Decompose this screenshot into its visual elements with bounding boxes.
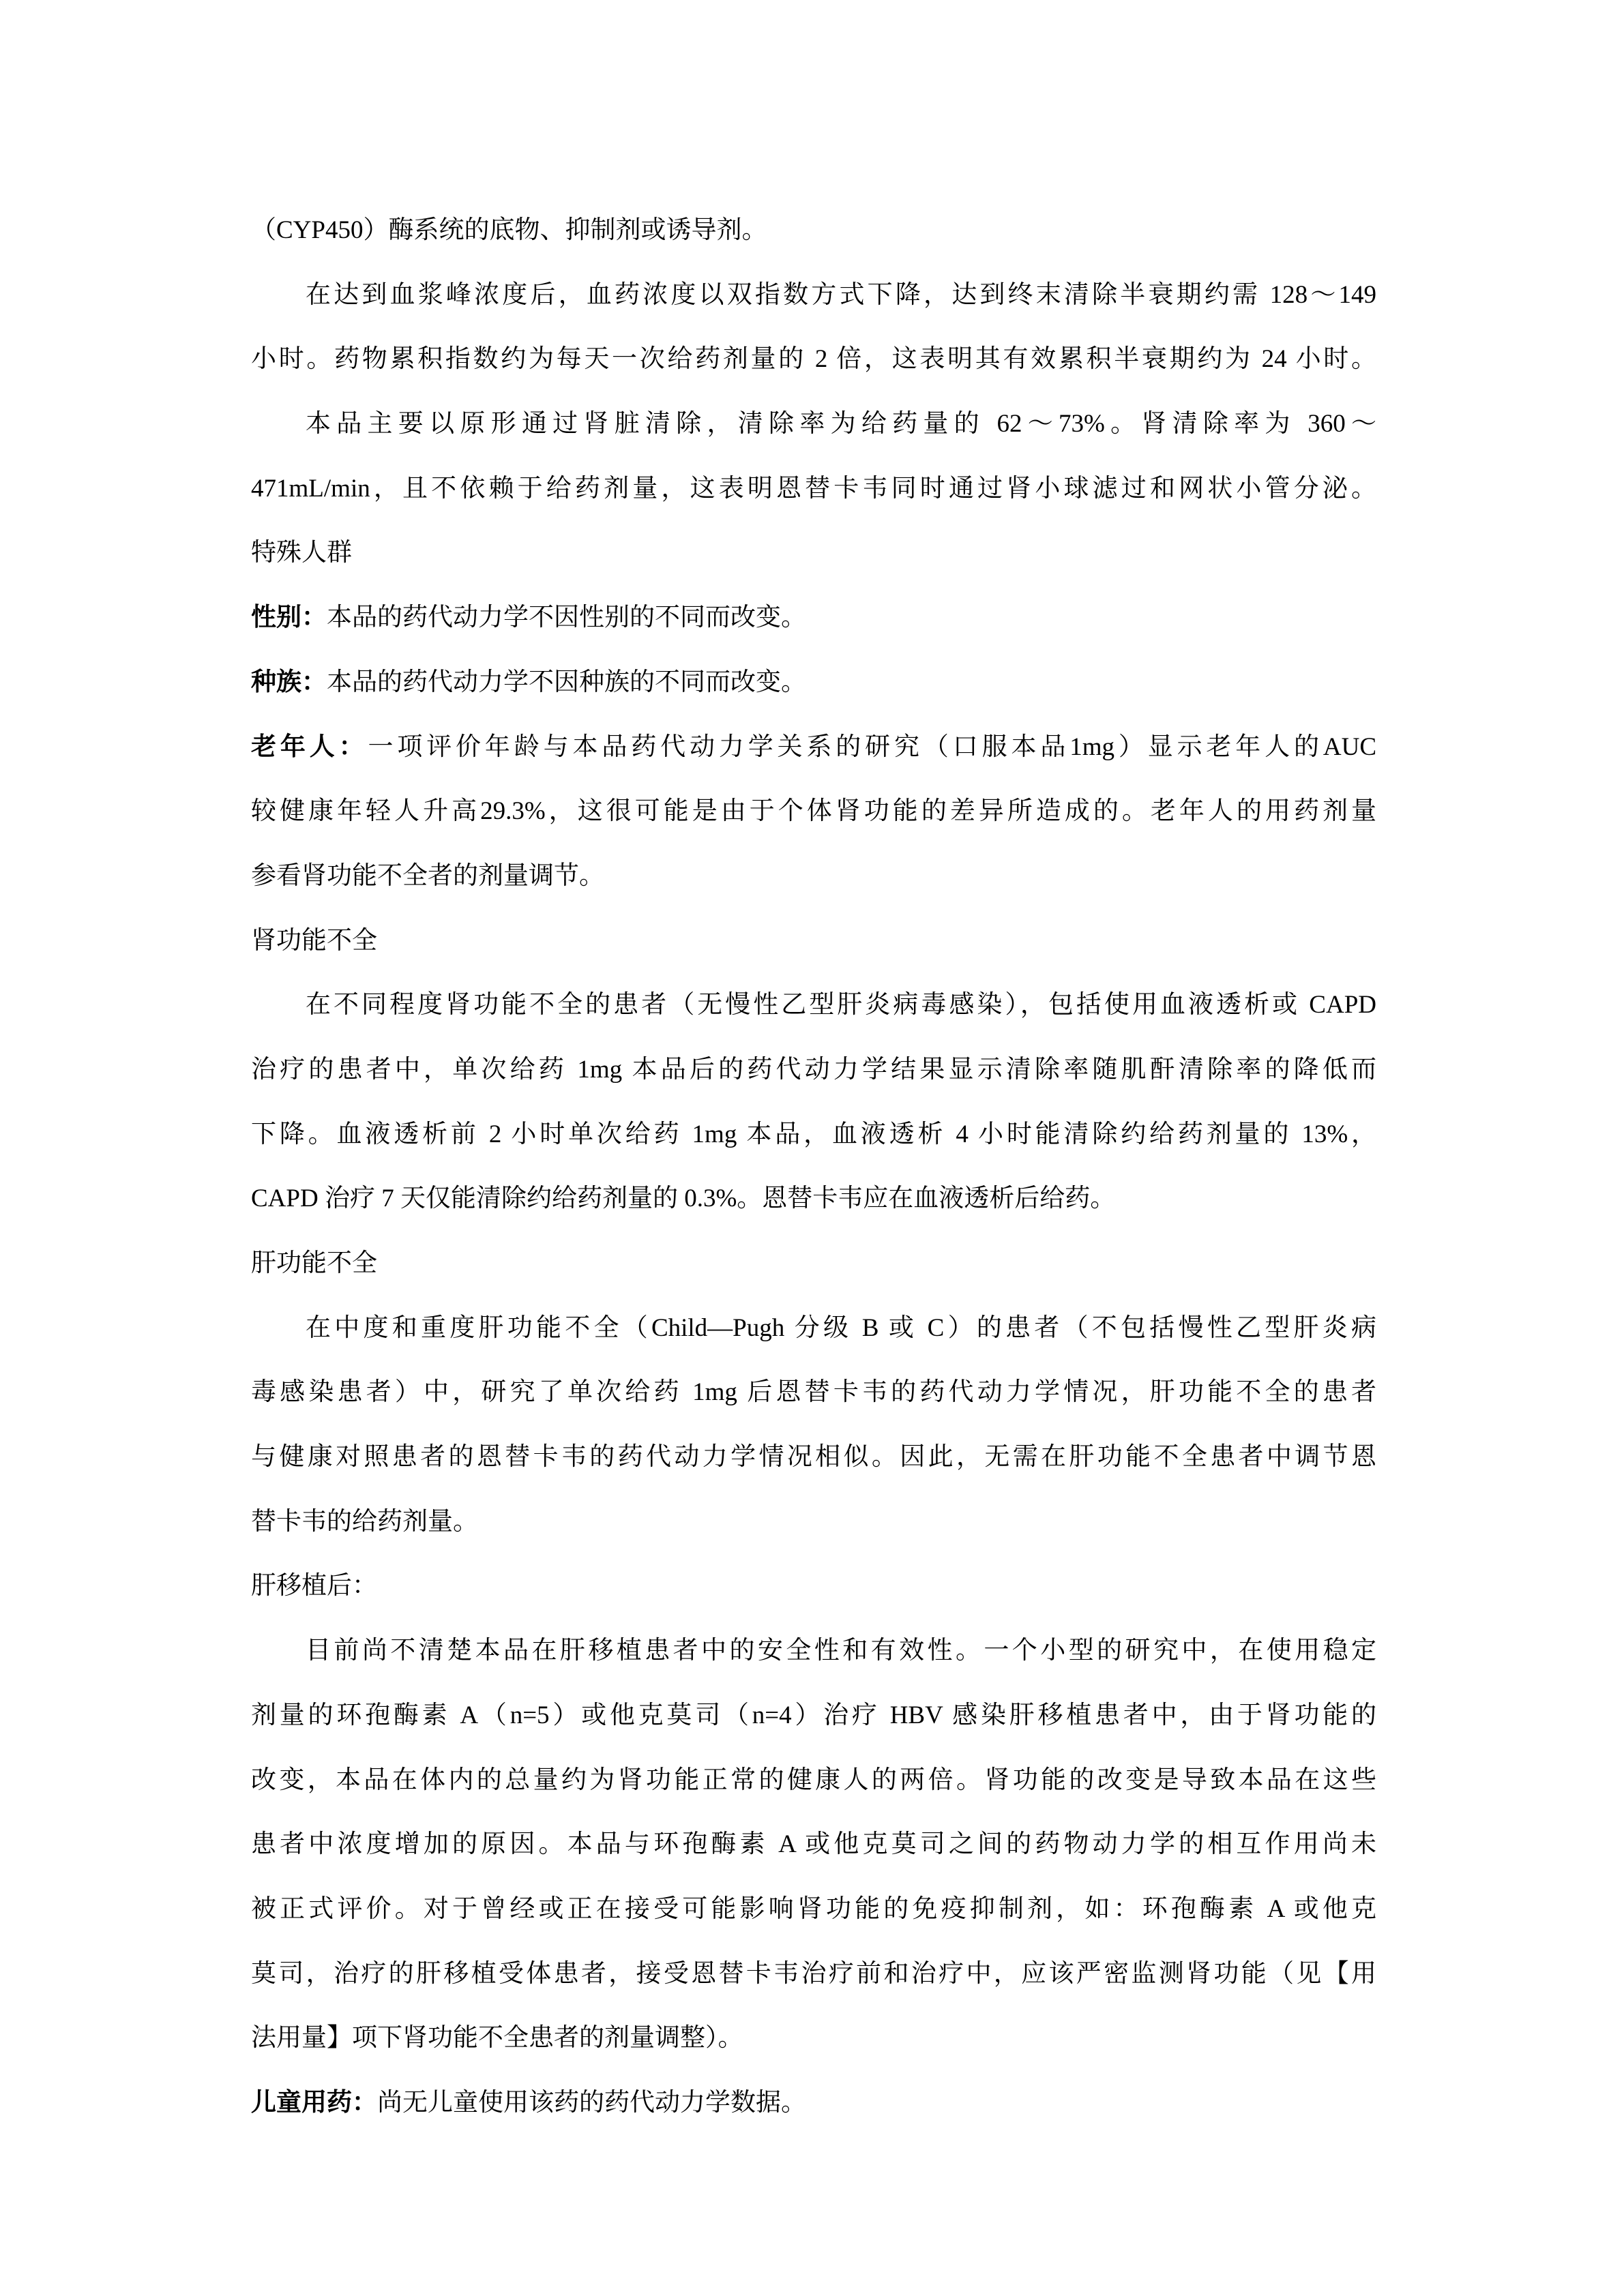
elderly-text-line-1: 一项评价年龄与本品药代动力学关系的研究（口服本品1mg）显示老年人的AUC bbox=[368, 733, 1376, 761]
pediatric-text: 尚无儿童使用该药的药代动力学数据。 bbox=[377, 2089, 806, 2117]
gender-label: 性别： bbox=[251, 603, 327, 631]
section-heading-special-populations: 特殊人群 bbox=[251, 521, 1376, 586]
hepatic-impairment-line-4: 替卡韦的给药剂量。 bbox=[251, 1490, 1376, 1555]
renal-impairment-line-1: 在不同程度肾功能不全的患者（无慢性乙型肝炎病毒感染），包括使用血液透析或 CAP… bbox=[251, 973, 1376, 1038]
paragraph-renal-clearance-line-2: 471mL/min，且不依赖于给药剂量，这表明恩替卡韦同时通过肾小球滤过和网状小… bbox=[251, 457, 1376, 522]
race-entry: 种族：本品的药代动力学不因种族的不同而改变。 bbox=[251, 651, 1376, 715]
race-label: 种族： bbox=[251, 668, 327, 696]
liver-transplant-line-5: 被正式评价。对于曾经或正在接受可能影响肾功能的免疫抑制剂，如：环孢酶素 A 或他… bbox=[251, 1877, 1376, 1942]
liver-transplant-line-3: 改变，本品在体内的总量约为肾功能正常的健康人的两倍。肾功能的改变是导致本品在这些 bbox=[251, 1748, 1376, 1813]
paragraph-half-life-line-2: 小时。药物累积指数约为每天一次给药剂量的 2 倍，这表明其有效累积半衰期约为 2… bbox=[251, 327, 1376, 392]
section-heading-liver-transplant: 肝移植后： bbox=[251, 1554, 1376, 1619]
elderly-text-line-3: 参看肾功能不全者的剂量调节。 bbox=[251, 844, 1376, 909]
elderly-entry-line-1: 老年人：一项评价年龄与本品药代动力学关系的研究（口服本品1mg）显示老年人的AU… bbox=[251, 715, 1376, 780]
liver-transplant-line-2: 剂量的环孢酶素 A（n=5）或他克莫司（n=4）治疗 HBV 感染肝移植患者中，… bbox=[251, 1684, 1376, 1748]
gender-entry: 性别：本品的药代动力学不因性别的不同而改变。 bbox=[251, 586, 1376, 651]
paragraph-renal-clearance-line-1: 本品主要以原形通过肾脏清除，清除率为给药量的 62～73%。肾清除率为 360～ bbox=[251, 392, 1376, 457]
pediatric-entry: 儿童用药：尚无儿童使用该药的药代动力学数据。 bbox=[251, 2071, 1376, 2136]
gender-text: 本品的药代动力学不因性别的不同而改变。 bbox=[327, 603, 806, 631]
liver-transplant-line-4: 患者中浓度增加的原因。本品与环孢酶素 A 或他克莫司之间的药物动力学的相互作用尚… bbox=[251, 1813, 1376, 1877]
elderly-text-line-2: 较健康年轻人升高29.3%，这很可能是由于个体肾功能的差异所造成的。老年人的用药… bbox=[251, 779, 1376, 844]
liver-transplant-line-6: 莫司，治疗的肝移植受体患者，接受恩替卡韦治疗前和治疗中，应该严密监测肾功能（见【… bbox=[251, 1942, 1376, 2007]
race-text: 本品的药代动力学不因种族的不同而改变。 bbox=[327, 668, 806, 696]
hepatic-impairment-line-1: 在中度和重度肝功能不全（Child—Pugh 分级 B 或 C）的患者（不包括慢… bbox=[251, 1296, 1376, 1361]
renal-impairment-line-2: 治疗的患者中，单次给药 1mg 本品后的药代动力学结果显示清除率随肌酐清除率的降… bbox=[251, 1038, 1376, 1103]
section-heading-hepatic-impairment: 肝功能不全 bbox=[251, 1232, 1376, 1296]
renal-impairment-line-4: CAPD 治疗 7 天仅能清除约给药剂量的 0.3%。恩替卡韦应在血液透析后给药… bbox=[251, 1167, 1376, 1232]
hepatic-impairment-line-2: 毒感染患者）中，研究了单次给药 1mg 后恩替卡韦的药代动力学情况，肝功能不全的… bbox=[251, 1360, 1376, 1425]
liver-transplant-line-7: 法用量】项下肾功能不全患者的剂量调整）。 bbox=[251, 2006, 1376, 2071]
renal-impairment-line-3: 下降。血液透析前 2 小时单次给药 1mg 本品，血液透析 4 小时能清除约给药… bbox=[251, 1103, 1376, 1167]
elderly-label: 老年人： bbox=[251, 733, 368, 761]
liver-transplant-line-1: 目前尚不清楚本品在肝移植患者中的安全性和有效性。一个小型的研究中，在使用稳定 bbox=[251, 1619, 1376, 1684]
paragraph-cyp450-line: （CYP450）酶系统的底物、抑制剂或诱导剂。 bbox=[251, 198, 1376, 263]
paragraph-half-life-line-1: 在达到血浆峰浓度后，血药浓度以双指数方式下降，达到终末清除半衰期约需 128～1… bbox=[251, 263, 1376, 328]
hepatic-impairment-line-3: 与健康对照患者的恩替卡韦的药代动力学情况相似。因此，无需在肝功能不全患者中调节恩 bbox=[251, 1425, 1376, 1490]
document-page: （CYP450）酶系统的底物、抑制剂或诱导剂。 在达到血浆峰浓度后，血药浓度以双… bbox=[251, 198, 1376, 2136]
section-heading-renal-impairment: 肾功能不全 bbox=[251, 909, 1376, 974]
pediatric-label: 儿童用药： bbox=[251, 2089, 377, 2117]
